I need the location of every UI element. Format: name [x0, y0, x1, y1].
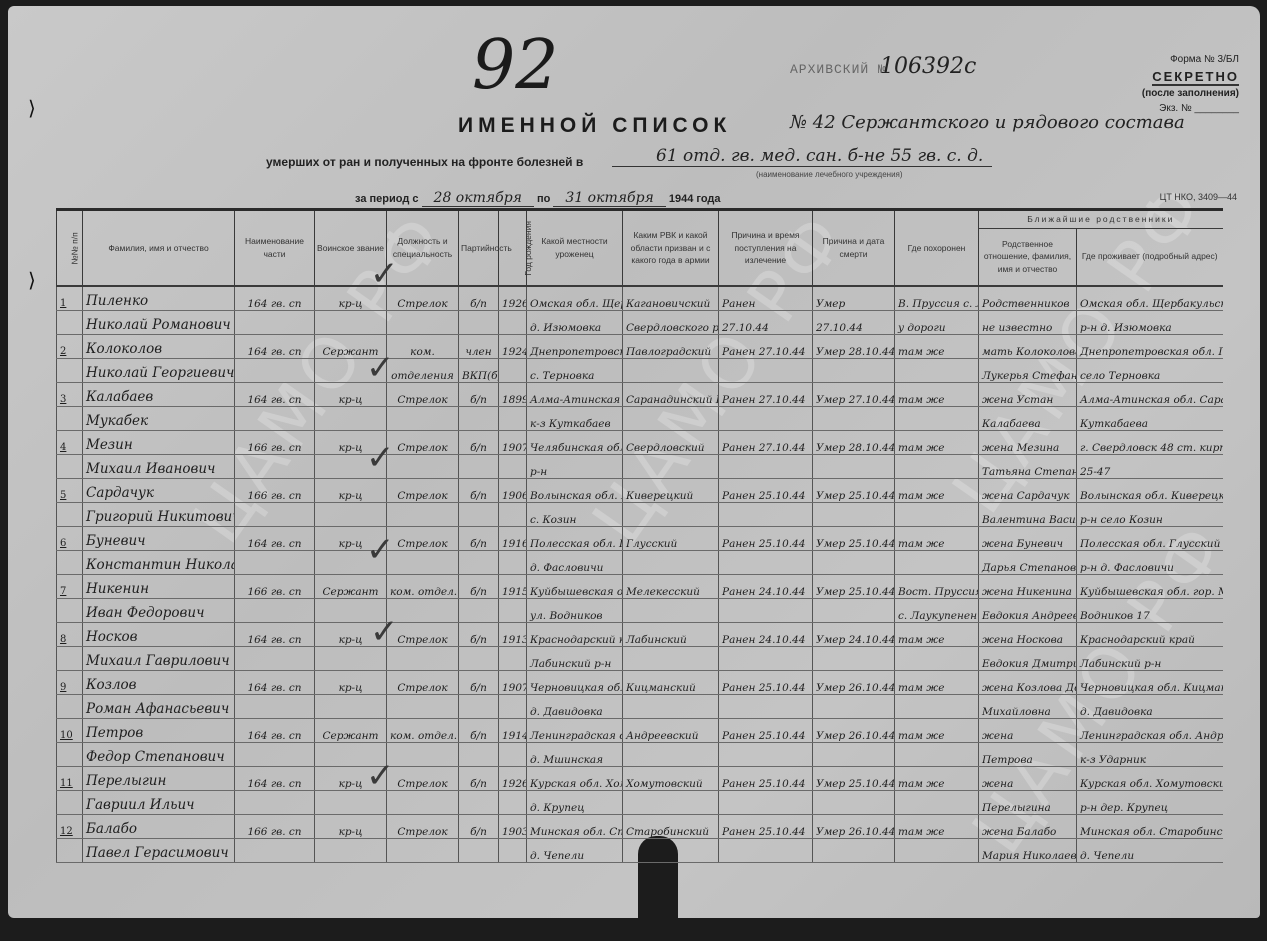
row-number [57, 454, 83, 478]
table-row: 11Перелыгин164 гв. спкр-цСтрелокб/п1926К… [57, 766, 1223, 790]
surname: Балабо [83, 814, 235, 838]
position [387, 790, 459, 814]
birth-year: 1907 [499, 670, 527, 694]
table-row: Федор Степановичд. МшинскаяПетровак-з Уд… [57, 742, 1223, 766]
buried [895, 358, 979, 382]
position [387, 310, 459, 334]
party: член [459, 334, 499, 358]
party [459, 310, 499, 334]
address: 25-47 [1077, 454, 1223, 478]
address: Краснодарский край [1077, 622, 1223, 646]
position: Стрелок [387, 670, 459, 694]
birthplace: ул. Водников [527, 598, 623, 622]
draft: Кицманский [623, 670, 719, 694]
party: б/п [459, 766, 499, 790]
birthplace: р-н [527, 454, 623, 478]
unit: 166 гв. сп [235, 814, 315, 838]
buried: там же [895, 334, 979, 358]
row-number: 9 [57, 670, 83, 694]
row-number [57, 358, 83, 382]
death: 27.10.44 [813, 310, 895, 334]
party [459, 646, 499, 670]
admitted [719, 358, 813, 382]
address: г. Свердловск 48 ст. кирпичный поселок [1077, 430, 1223, 454]
surname: Никенин [83, 574, 235, 598]
death [813, 694, 895, 718]
surname: Мезин [83, 430, 235, 454]
position: ком. отдел. [387, 574, 459, 598]
birth-year [499, 790, 527, 814]
list-number-handwritten: № 42 Сержантского и рядового состава [790, 112, 1185, 133]
unit [235, 790, 315, 814]
position: Стрелок [387, 478, 459, 502]
draft: Свердловского р-на [623, 310, 719, 334]
draft: Свердловский [623, 430, 719, 454]
position: Стрелок [387, 430, 459, 454]
table-row: Григорий Никитовичс. КозинВалентина Васи… [57, 502, 1223, 526]
death [813, 646, 895, 670]
relative: не известно [979, 310, 1077, 334]
address: р-н д. Фасловичи [1077, 550, 1223, 574]
table-row: 10Петров164 гв. спСержантком. отдел.б/п1… [57, 718, 1223, 742]
party: б/п [459, 526, 499, 550]
party: б/п [459, 382, 499, 406]
birth-year: 1916 [499, 526, 527, 550]
birthplace: Минская обл. Старобинский р-н [527, 814, 623, 838]
party: ВКП(б) [459, 358, 499, 382]
position [387, 550, 459, 574]
birth-year: 1899 [499, 382, 527, 406]
row-number: 3 [57, 382, 83, 406]
row-number [57, 502, 83, 526]
unit: 164 гв. сп [235, 382, 315, 406]
given-names: Константин Николаевич [83, 550, 235, 574]
given-names: Николай Романович [83, 310, 235, 334]
admitted [719, 598, 813, 622]
table-row: Павел Герасимовичд. ЧепелиМария Николаев… [57, 838, 1223, 862]
party: б/п [459, 286, 499, 311]
buried: там же [895, 430, 979, 454]
address: р-н дер. Крупец [1077, 790, 1223, 814]
relative: Мария Николаевна [979, 838, 1077, 862]
surname: Петров [83, 718, 235, 742]
unit [235, 406, 315, 430]
admitted [719, 406, 813, 430]
unit [235, 358, 315, 382]
birthplace: с. Козин [527, 502, 623, 526]
given-names: Иван Федорович [83, 598, 235, 622]
col-header-address: Где проживает (подробный адрес) [1077, 228, 1223, 286]
unit: 164 гв. сп [235, 334, 315, 358]
relative: Калабаева [979, 406, 1077, 430]
col-header-relative: Родственное отношение, фамилия, имя и от… [979, 228, 1077, 286]
position: ком. отдел. [387, 718, 459, 742]
rank [315, 838, 387, 862]
party [459, 742, 499, 766]
birth-year [499, 454, 527, 478]
party [459, 838, 499, 862]
table-row: 12Балабо166 гв. спкр-цСтрелокб/п1903Минс… [57, 814, 1223, 838]
buried [895, 838, 979, 862]
relative: Татьяна Степановна [979, 454, 1077, 478]
deceased-register-table: №№ п/п Фамилия, имя и отчество Наименова… [56, 208, 1223, 863]
relative: Валентина Васильевна [979, 502, 1077, 526]
buried [895, 406, 979, 430]
death [813, 742, 895, 766]
archive-stamp: АРХИВСКИЙ № [790, 62, 887, 77]
given-names: Михаил Гаврилович [83, 646, 235, 670]
admitted: Ранен 25.10.44 [719, 718, 813, 742]
col-header-birthplace: Какой местности уроженец [527, 210, 623, 286]
relative: жена Носкова [979, 622, 1077, 646]
unit: 164 гв. сп [235, 622, 315, 646]
rank: Сержант [315, 718, 387, 742]
birthplace: Днепропетровская обл. Павлоградский р-н [527, 334, 623, 358]
given-names: Павел Герасимович [83, 838, 235, 862]
death [813, 598, 895, 622]
checkmark-icon: ✓ [366, 348, 395, 388]
buried: там же [895, 766, 979, 790]
table-row: 6Буневич164 гв. спкр-цСтрелокб/п1916Поле… [57, 526, 1223, 550]
position [387, 742, 459, 766]
position [387, 454, 459, 478]
admitted [719, 742, 813, 766]
relative: Перелыгина [979, 790, 1077, 814]
buried: там же [895, 814, 979, 838]
position [387, 694, 459, 718]
checkmark-icon: ✓ [366, 756, 395, 796]
birth-year [499, 694, 527, 718]
address: Черновицкая обл. Кицманский р-н [1077, 670, 1223, 694]
table-row: 1Пиленко164 гв. спкр-цСтрелокб/п1926Омск… [57, 286, 1223, 311]
birth-year [499, 742, 527, 766]
relative: жена Мезина [979, 430, 1077, 454]
row-number: 7 [57, 574, 83, 598]
table-row: 4Мезин166 гв. спкр-цСтрелокб/п1907Челяби… [57, 430, 1223, 454]
admitted: Ранен 27.10.44 [719, 334, 813, 358]
relative: Дарья Степановна [979, 550, 1077, 574]
address: Курская обл. Хомутовский [1077, 766, 1223, 790]
draft: Киверецкий [623, 478, 719, 502]
relative: жена Сардачук [979, 478, 1077, 502]
classification: СЕКРЕТНО [1152, 69, 1239, 86]
buried [895, 742, 979, 766]
address: д. Чепели [1077, 838, 1223, 862]
buried: В. Пруссия с. Лаукупенен [895, 286, 979, 311]
admitted [719, 790, 813, 814]
birth-year [499, 838, 527, 862]
surname: Калабаев [83, 382, 235, 406]
draft [623, 550, 719, 574]
row-number [57, 694, 83, 718]
position: Стрелок [387, 526, 459, 550]
admitted: Ранен 25.10.44 [719, 670, 813, 694]
death [813, 790, 895, 814]
given-names: Роман Афанасьевич [83, 694, 235, 718]
buried [895, 790, 979, 814]
table-row: 3Калабаев164 гв. спкр-цСтрелокб/п1899Алм… [57, 382, 1223, 406]
punch-mark-icon: ⟩ [28, 268, 36, 292]
rank [315, 502, 387, 526]
draft [623, 838, 719, 862]
table-row: Михаил Ивановичр-нТатьяна Степановна25-4… [57, 454, 1223, 478]
unit: 164 гв. сп [235, 286, 315, 311]
relative: жена Козлова Домна [979, 670, 1077, 694]
row-number [57, 550, 83, 574]
col-header-burial: Где похоронен [895, 210, 979, 286]
birthplace: Лабинский р-н [527, 646, 623, 670]
address: село Терновка [1077, 358, 1223, 382]
table-body: 1Пиленко164 гв. спкр-цСтрелокб/п1926Омск… [57, 286, 1223, 863]
unit: 166 гв. сп [235, 574, 315, 598]
draft: Глусский [623, 526, 719, 550]
table-row: 8Носков164 гв. спкр-цСтрелокб/п1913Красн… [57, 622, 1223, 646]
checkmark-icon: ✓ [366, 530, 395, 570]
draft [623, 646, 719, 670]
birthplace: Полесская обл. Глусский р-н [527, 526, 623, 550]
relative: Лукерья Стефановна [979, 358, 1077, 382]
death: Умер 26.10.44 [813, 718, 895, 742]
admitted: Ранен [719, 286, 813, 311]
draft [623, 502, 719, 526]
unit [235, 454, 315, 478]
birthplace: д. Давидовка [527, 694, 623, 718]
birthplace: д. Чепели [527, 838, 623, 862]
draft: Лабинский [623, 622, 719, 646]
buried [895, 646, 979, 670]
unit [235, 598, 315, 622]
given-names: Николай Георгиевич [83, 358, 235, 382]
draft: Мелекесский [623, 574, 719, 598]
row-number [57, 838, 83, 862]
admitted [719, 838, 813, 862]
relative: жена Балабо [979, 814, 1077, 838]
address: р-н село Козин [1077, 502, 1223, 526]
row-number: 12 [57, 814, 83, 838]
given-names: Федор Степанович [83, 742, 235, 766]
draft [623, 358, 719, 382]
relative: жена [979, 718, 1077, 742]
unit [235, 694, 315, 718]
birth-year [499, 550, 527, 574]
death: Умер 28.10.44 [813, 430, 895, 454]
table-row: 2Колоколов164 гв. спСержантком.член1924Д… [57, 334, 1223, 358]
birth-year: 1924 [499, 334, 527, 358]
address: Ленинградская обл. Андреевский р-н [1077, 718, 1223, 742]
period-from: 28 октября [422, 190, 534, 207]
position: Стрелок [387, 382, 459, 406]
position: Стрелок [387, 814, 459, 838]
party [459, 454, 499, 478]
address: Полесская обл. Глусский [1077, 526, 1223, 550]
row-number [57, 310, 83, 334]
admitted [719, 502, 813, 526]
party [459, 694, 499, 718]
draft [623, 694, 719, 718]
draft [623, 454, 719, 478]
row-number: 10 [57, 718, 83, 742]
given-names: Михаил Иванович [83, 454, 235, 478]
death: Умер 25.10.44 [813, 766, 895, 790]
birth-year: 1926 [499, 766, 527, 790]
admitted: Ранен 24.10.44 [719, 622, 813, 646]
address: Лабинский р-н [1077, 646, 1223, 670]
given-names: Мукабек [83, 406, 235, 430]
birth-year: 1907 [499, 430, 527, 454]
table-row: Михаил ГавриловичЛабинский р-нЕвдокия Дм… [57, 646, 1223, 670]
institution-caption: (наименование лечебного учреждения) [756, 170, 903, 179]
draft [623, 598, 719, 622]
relative: Родственников [979, 286, 1077, 311]
admitted [719, 454, 813, 478]
rank [315, 694, 387, 718]
buried: там же [895, 670, 979, 694]
form-code: ЦТ НКО, 3409—44 [1160, 192, 1237, 202]
party: б/п [459, 814, 499, 838]
row-number: 4 [57, 430, 83, 454]
buried: с. Лаукупенен [895, 598, 979, 622]
relative: Евдокия Дмитриевна [979, 646, 1077, 670]
col-header-name: Фамилия, имя и отчество [83, 210, 235, 286]
party [459, 790, 499, 814]
admitted: Ранен 27.10.44 [719, 382, 813, 406]
buried [895, 550, 979, 574]
party: б/п [459, 478, 499, 502]
surname: Буневич [83, 526, 235, 550]
form-header: Форма № 3/БЛ СЕКРЕТНО (после заполнения)… [1142, 54, 1239, 114]
birthplace: д. Фасловичи [527, 550, 623, 574]
table-row: Мукабекк-з КуткабаевКалабаеваКуткабаева [57, 406, 1223, 430]
death: Умер 25.10.44 [813, 574, 895, 598]
admitted: Ранен 25.10.44 [719, 478, 813, 502]
address: Днепропетровская обл. Павлоградский р-н [1077, 334, 1223, 358]
unit: 164 гв. сп [235, 526, 315, 550]
address: д. Давидовка [1077, 694, 1223, 718]
row-number: 5 [57, 478, 83, 502]
birth-year [499, 310, 527, 334]
buried: там же [895, 526, 979, 550]
surname: Перелыгин [83, 766, 235, 790]
address: Водников 17 [1077, 598, 1223, 622]
death [813, 838, 895, 862]
unit [235, 310, 315, 334]
position: ком. [387, 334, 459, 358]
party: б/п [459, 670, 499, 694]
death: Умер 26.10.44 [813, 670, 895, 694]
relative: Евдокия Андреевна [979, 598, 1077, 622]
draft [623, 790, 719, 814]
birthplace: Черновицкая обл. Кицманский р-н [527, 670, 623, 694]
party [459, 550, 499, 574]
birth-year: 1913 [499, 622, 527, 646]
birth-year: 1903 [499, 814, 527, 838]
buried [895, 454, 979, 478]
table-row: Николай ГеоргиевичотделенияВКП(б)с. Терн… [57, 358, 1223, 382]
death: Умер 26.10.44 [813, 814, 895, 838]
relative: Михайловна [979, 694, 1077, 718]
position: Стрелок [387, 766, 459, 790]
classification-note: (после заполнения) [1142, 88, 1239, 99]
surname: Сардачук [83, 478, 235, 502]
archive-number: 106392с [880, 54, 976, 79]
birth-year: 1906 [499, 478, 527, 502]
birthplace: д. Крупец [527, 790, 623, 814]
admitted: Ранен 25.10.44 [719, 814, 813, 838]
admitted [719, 694, 813, 718]
death: Умер 25.10.44 [813, 478, 895, 502]
form-number: Форма № 3/БЛ [1142, 54, 1239, 65]
buried: там же [895, 718, 979, 742]
admitted: Ранен 25.10.44 [719, 526, 813, 550]
rank [315, 310, 387, 334]
admitted: Ранен 24.10.44 [719, 574, 813, 598]
given-names: Григорий Никитович [83, 502, 235, 526]
row-number [57, 646, 83, 670]
party: б/п [459, 574, 499, 598]
col-group-relatives: Ближайшие родственники [979, 210, 1223, 229]
table-row: Гавриил Ильичд. КрупецПерелыгинар-н дер.… [57, 790, 1223, 814]
row-number: 1 [57, 286, 83, 311]
birthplace: д. Мшинская [527, 742, 623, 766]
table-row: Иван Федоровичул. Водниковс. ЛаукупененЕ… [57, 598, 1223, 622]
admitted [719, 646, 813, 670]
draft: Андреевский [623, 718, 719, 742]
year: 1944 года [669, 193, 721, 205]
relative: Петрова [979, 742, 1077, 766]
unit: 164 гв. сп [235, 718, 315, 742]
row-number: 6 [57, 526, 83, 550]
relative: жена Буневич [979, 526, 1077, 550]
relative: жена Никенина [979, 574, 1077, 598]
birthplace: с. Терновка [527, 358, 623, 382]
checkmark-icon: ✓ [370, 612, 399, 652]
admitted: Ранен 25.10.44 [719, 766, 813, 790]
address: Алма-Атинская обл. Саранадинский р-н кол… [1077, 382, 1223, 406]
draft [623, 742, 719, 766]
rank: Сержант [315, 574, 387, 598]
death: Умер 24.10.44 [813, 622, 895, 646]
row-number: 8 [57, 622, 83, 646]
buried [895, 694, 979, 718]
death: Умер 27.10.44 [813, 382, 895, 406]
buried: у дороги [895, 310, 979, 334]
birth-year [499, 598, 527, 622]
row-number: 11 [57, 766, 83, 790]
death: Умер [813, 286, 895, 311]
given-names: Гавриил Ильич [83, 790, 235, 814]
checkmark-icon: ✓ [366, 438, 395, 478]
folio-number: 92 [472, 26, 559, 105]
draft: Старобинский [623, 814, 719, 838]
position [387, 502, 459, 526]
birth-year: 1915 [499, 574, 527, 598]
table-row: Николай Романовичд. ИзюмовкаСвердловског… [57, 310, 1223, 334]
birthplace: Омская обл. Щербакульский р-н [527, 286, 623, 311]
birthplace: Краснодарский край [527, 622, 623, 646]
admitted: Ранен 27.10.44 [719, 430, 813, 454]
party [459, 598, 499, 622]
address: Минская обл. Старобинский р-н [1077, 814, 1223, 838]
period-line: за период с 28 октября по 31 октября 194… [355, 190, 721, 206]
death [813, 454, 895, 478]
birthplace: Челябинская обл. Далматовский [527, 430, 623, 454]
surname: Колоколов [83, 334, 235, 358]
party: б/п [459, 718, 499, 742]
birthplace: Алма-Атинская обл. Саранадинский р-н [527, 382, 623, 406]
birth-year: 1914 [499, 718, 527, 742]
row-number [57, 598, 83, 622]
rank: кр-ц [315, 814, 387, 838]
